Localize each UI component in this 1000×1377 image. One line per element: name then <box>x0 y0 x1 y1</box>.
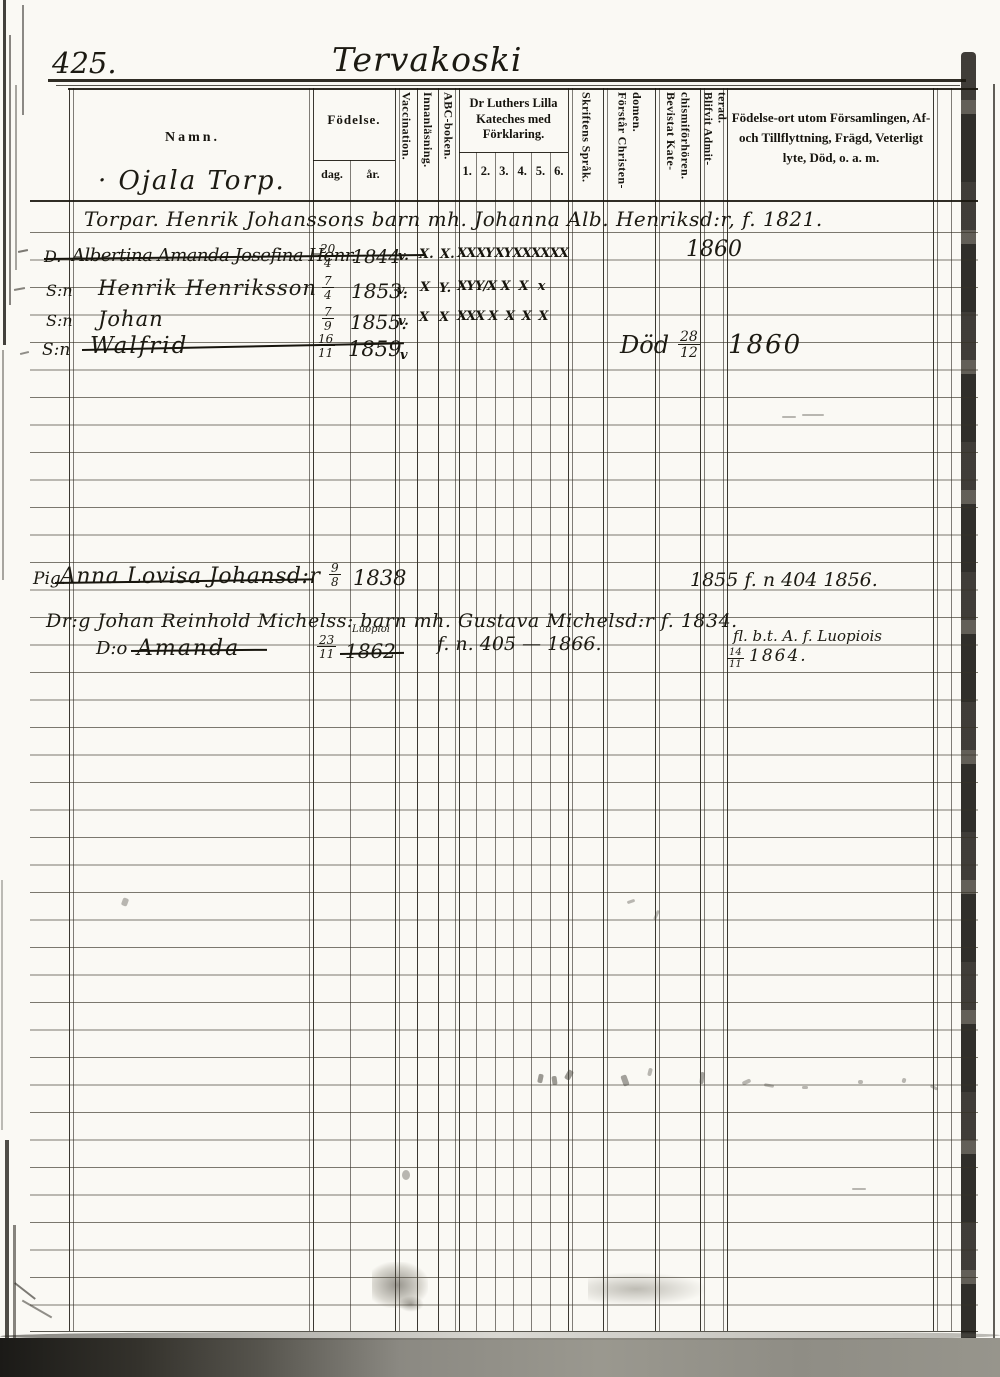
ink-smudge <box>551 1076 557 1086</box>
family1-heading: Torpar. Henrik Johanssons barn mh. Johan… <box>84 207 823 231</box>
amanda-prefix: D:o <box>96 638 127 659</box>
row4-death-day: 28 12 <box>678 330 700 360</box>
amanda-birth-day: 23 11 <box>317 634 336 660</box>
header-forstar-christendomen: Förstår Christen- domen. <box>605 92 654 198</box>
binding-streak <box>1 880 3 1130</box>
amanda-remark-line1: fl. b.t. A. f. Luopiois <box>733 627 882 645</box>
ink-smudge <box>802 1086 808 1089</box>
amanda-note: f. n. 405 — 1866. <box>437 633 602 655</box>
header-namn: Namn. <box>72 130 313 146</box>
amanda-remark-year: 1864. <box>749 646 808 666</box>
amanda-remark-day: 14 11 <box>727 648 744 670</box>
row4-death-label: Död <box>620 331 669 359</box>
binding-streak <box>22 5 24 115</box>
ink-blot <box>588 1272 708 1306</box>
kateches-col-2: 2. <box>476 164 494 179</box>
row3-name: Johan <box>98 307 164 331</box>
row1-abc-mark: X. <box>440 247 455 262</box>
header-vaccination: Vaccination. <box>395 92 417 198</box>
title-rule-thick <box>48 79 966 82</box>
kateches-col-1: 1. <box>458 164 476 179</box>
header-bevistat-katechismiforhoren: Bevistat Kate- chismiförhören. <box>657 92 699 198</box>
binding-streak <box>9 35 11 305</box>
header-dag: dag. <box>314 167 350 182</box>
row1-birth-year: 1844 <box>352 246 400 268</box>
kateches-col-4: 4. <box>513 164 531 179</box>
row3-innanlasning-mark: X <box>419 310 429 325</box>
row2-abc-mark: Y. <box>439 281 451 296</box>
ink-smudge <box>402 1170 410 1180</box>
row2-prefix: S:n <box>46 281 73 300</box>
kateches-col-6: 6. <box>550 164 568 179</box>
fodelse-divider <box>313 160 395 161</box>
margin-tick <box>20 351 29 355</box>
row2-birth-day: 7 4 <box>322 275 334 301</box>
ink-smudge <box>802 414 824 416</box>
row1-kateches-marks: XX XY XY XX XX XX <box>457 246 568 261</box>
row2-kateches-marks: XY Y/X X X x <box>457 279 568 294</box>
pig-name: Anna Lovisa Johansd:r <box>60 564 320 589</box>
row3-prefix: S:n <box>46 311 73 330</box>
header-kateches-cols: 1. 2. 3. 4. 5. 6. <box>458 164 568 179</box>
row2-vaccination-mark: v. <box>397 283 408 298</box>
row1-vaccination-mark: v. <box>398 249 409 264</box>
farm-heading: · Ojala Torp. <box>98 166 286 196</box>
row4-prefix: S:n <box>42 340 70 360</box>
row3-vaccination-mark: v. <box>398 314 409 329</box>
row1-prefix: D. <box>44 247 61 266</box>
header-innanlasning: Innanläsning. <box>417 92 438 198</box>
row3-birth-day: 7 9 <box>322 306 334 332</box>
amanda-birth-year: 1862 <box>345 639 396 663</box>
scanned-church-record-page: 425. Tervakoski Namn. Födelse. dag. år. … <box>0 0 1000 1377</box>
row4-death-year: 1860 <box>728 330 802 360</box>
header-ar: år. <box>352 167 394 182</box>
header-remarks: Födelse-ort utom Församlingen, Af- och T… <box>731 108 931 168</box>
amanda-note-above: Luopioi <box>352 624 390 635</box>
binding-streak <box>2 350 4 580</box>
ink-smudge <box>782 416 796 418</box>
family2-heading: Dr:g Johan Reinhold Michelss: barn mh. G… <box>46 610 738 632</box>
kateches-col-5: 5. <box>531 164 549 179</box>
margin-tick <box>14 287 25 291</box>
margin-tick <box>18 249 28 253</box>
table-top-border <box>68 88 978 90</box>
row4-name: Walfrid <box>90 333 188 359</box>
ink-smudge <box>858 1080 863 1084</box>
row3-abc-mark: X <box>439 310 449 325</box>
bottom-scan-edge <box>0 1338 1000 1377</box>
row3-kateches-marks: XXX X X X X <box>457 309 568 324</box>
right-page-edge-line <box>993 84 995 1346</box>
pig-birth-year: 1838 <box>353 566 406 590</box>
kateches-col-3: 3. <box>495 164 513 179</box>
ink-smudge <box>852 1188 866 1190</box>
row4-birth-year: 1859 <box>348 337 401 361</box>
ink-blot <box>398 1296 424 1312</box>
header-abc-boken: ABC-boken. <box>438 92 458 198</box>
pig-birth-day: 9 8 <box>329 562 341 588</box>
page-title: Tervakoski <box>332 40 522 79</box>
header-fodelse: Födelse. <box>313 112 395 128</box>
title-rule-thin <box>56 85 960 86</box>
row1-admitted-year: 1860 <box>686 237 742 262</box>
ruled-lines <box>30 232 978 1308</box>
row2-innanlasning-mark: X <box>420 280 430 295</box>
header-bottom-border <box>30 200 978 202</box>
pig-remark: 1855 f. n 404 1856. <box>690 569 878 591</box>
binding-streak <box>15 85 17 270</box>
row4-vaccination-mark: v <box>400 348 408 363</box>
kateches-divider <box>459 152 568 153</box>
row2-name: Henrik Henriksson <box>98 276 317 300</box>
binding-streak <box>3 0 6 345</box>
page-number: 425. <box>52 46 117 80</box>
header-blifvit-admitterad: Blifvit Admit- terad. <box>702 92 727 198</box>
left-binding-edge <box>0 0 34 1377</box>
header-kateches-title: Dr Luthers Lilla Kateches med Förklaring… <box>461 96 566 143</box>
header-skriftens-sprak: Skriftens Språk. <box>570 92 602 198</box>
